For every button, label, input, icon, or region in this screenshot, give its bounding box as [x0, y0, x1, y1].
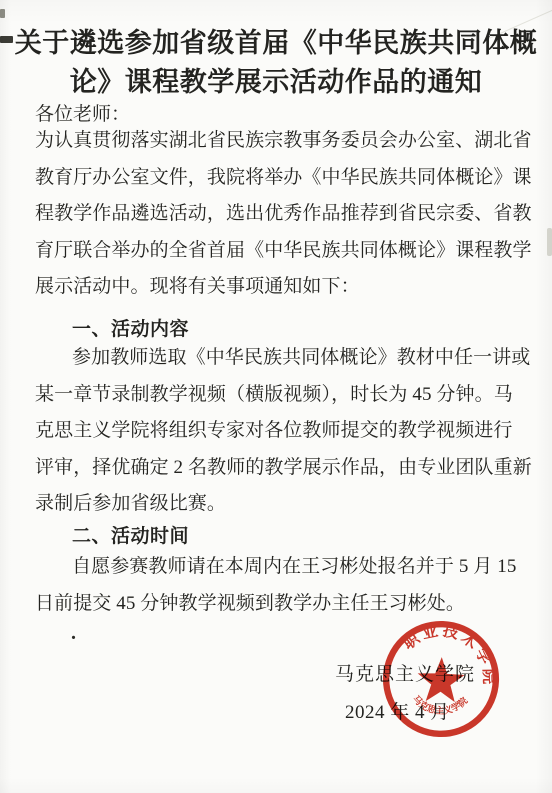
text-line: 育厅联合举办的全省首届《中华民族共同体概论》课程教学: [35, 233, 525, 270]
text-line: 教育厅办公室文件，我院将举办《中华民族共同体概论》课: [35, 160, 525, 197]
notice-title: 关于遴选参加省级首届《中华民族共同体概 论》课程教学展示活动作品的通知: [0, 24, 552, 102]
paragraph-activity-content: 参加教师选取《中华民族共同体概论》教材中任一讲或 某一章节录制教学视频（横版视频…: [35, 340, 525, 523]
stray-ink-mark: .: [71, 622, 76, 645]
paragraph-activity-time: 自愿参赛教师请在本周内在王习彬处报名并于 5 月 15 日前提交 45 分钟教学…: [35, 549, 525, 622]
text-line: 某一章节录制教学视频（横版视频），时长为 45 分钟。马: [35, 377, 525, 414]
notice-document-page: 关于遴选参加省级首届《中华民族共同体概 论》课程教学展示活动作品的通知 各位老师…: [0, 0, 552, 793]
seal-star-icon: [417, 656, 466, 702]
text-line: 自愿参赛教师请在本周内在王习彬处报名并于 5 月 15: [35, 549, 525, 586]
scan-artifact-right-edge: [547, 228, 552, 256]
title-line-2: 论》课程教学展示活动作品的通知: [0, 63, 552, 102]
text-line: 克思主义学院将组织专家对各位教师提交的教学视频进行: [35, 413, 525, 450]
text-line: 为认真贯彻落实湖北省民族宗教事务委员会办公室、湖北省: [35, 123, 525, 160]
text-line: 程教学作品遴选活动，选出优秀作品推荐到省民宗委、省教: [35, 196, 525, 233]
paragraph-intro: 为认真贯彻落实湖北省民族宗教事务委员会办公室、湖北省 教育厅办公室文件，我院将举…: [35, 123, 525, 306]
text-line: 评审，择优确定 2 名教师的教学展示作品，由专业团队重新: [35, 450, 525, 487]
text-line: 参加教师选取《中华民族共同体概论》教材中任一讲或: [35, 340, 525, 377]
seal-bottom-arc-text: 马克思主义学院: [410, 692, 470, 717]
scan-artifact-left-top: [0, 9, 5, 18]
text-line: 展示活动中。现将有关事项通知如下：: [35, 269, 525, 306]
text-line: 录制后参加省级比赛。: [35, 486, 525, 523]
official-seal: 职业技术学院 马克思主义学院: [372, 613, 510, 746]
title-line-1: 关于遴选参加省级首届《中华民族共同体概: [0, 24, 552, 63]
